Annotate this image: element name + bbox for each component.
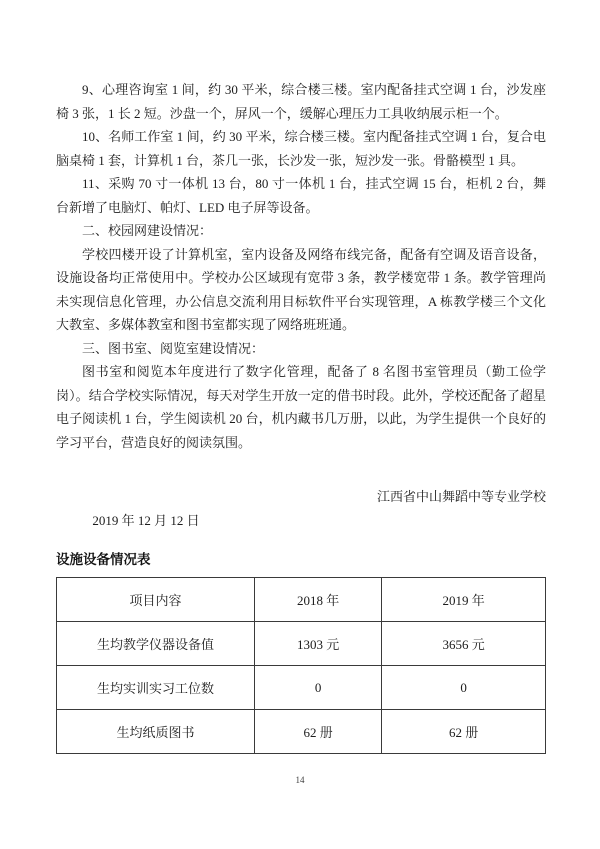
paragraph-campus-network: 学校四楼开设了计算机室，室内设备及网络布线完备，配备有空调及语音设备，设施设备均… <box>56 243 546 337</box>
paragraph-item-11: 11、采购 70 寸一体机 13 台，80 寸一体机 1 台，挂式空调 15 台… <box>56 172 546 219</box>
table-cell-2018: 62 册 <box>255 710 382 754</box>
paragraph-library: 图书室和阅览本年度进行了数字化管理，配备了 8 名图书室管理员（勤工俭学岗）。结… <box>56 360 546 454</box>
document-body: 9、心理咨询室 1 间，约 30 平米，综合楼三楼。室内配备挂式空调 1 台，沙… <box>56 78 546 532</box>
signature-school-name: 江西省中山舞蹈中等专业学校 <box>56 485 546 509</box>
table-header-year-2018: 2018 年 <box>255 578 382 622</box>
facilities-table: 项目内容 2018 年 2019 年 生均教学仪器设备值 1303 元 3656… <box>56 577 546 754</box>
table-cell-label: 生均实训实习工位数 <box>57 666 255 710</box>
table-header-row: 项目内容 2018 年 2019 年 <box>57 578 546 622</box>
section-heading-library: 三、图书室、阅览室建设情况： <box>56 337 546 361</box>
table-row-training-stations: 生均实训实习工位数 0 0 <box>57 666 546 710</box>
table-row-equipment-value: 生均教学仪器设备值 1303 元 3656 元 <box>57 622 546 666</box>
page-number: 14 <box>0 775 600 785</box>
table-cell-2018: 1303 元 <box>255 622 382 666</box>
table-row-paper-books: 生均纸质图书 62 册 62 册 <box>57 710 546 754</box>
document-page: 9、心理咨询室 1 间，约 30 平米，综合楼三楼。室内配备挂式空调 1 台，沙… <box>0 0 600 849</box>
facilities-table-title: 设施设备情况表 <box>56 551 546 568</box>
table-cell-2019: 3656 元 <box>382 622 546 666</box>
paragraph-item-9: 9、心理咨询室 1 间，约 30 平米，综合楼三楼。室内配备挂式空调 1 台，沙… <box>56 78 546 125</box>
table-cell-2019: 62 册 <box>382 710 546 754</box>
table-header-year-2019: 2019 年 <box>382 578 546 622</box>
section-heading-campus-network: 二、校园网建设情况： <box>56 219 546 243</box>
signature-date: 2019 年 12 月 12 日 <box>56 509 546 533</box>
paragraph-item-10: 10、名师工作室 1 间，约 30 平米，综合楼三楼。室内配备挂式空调 1 台，… <box>56 125 546 172</box>
table-header-item-content: 项目内容 <box>57 578 255 622</box>
table-cell-label: 生均纸质图书 <box>57 710 255 754</box>
facilities-table-section: 设施设备情况表 项目内容 2018 年 2019 年 生均教学仪器设备值 130… <box>56 551 546 754</box>
table-cell-2018: 0 <box>255 666 382 710</box>
table-cell-2019: 0 <box>382 666 546 710</box>
table-cell-label: 生均教学仪器设备值 <box>57 622 255 666</box>
